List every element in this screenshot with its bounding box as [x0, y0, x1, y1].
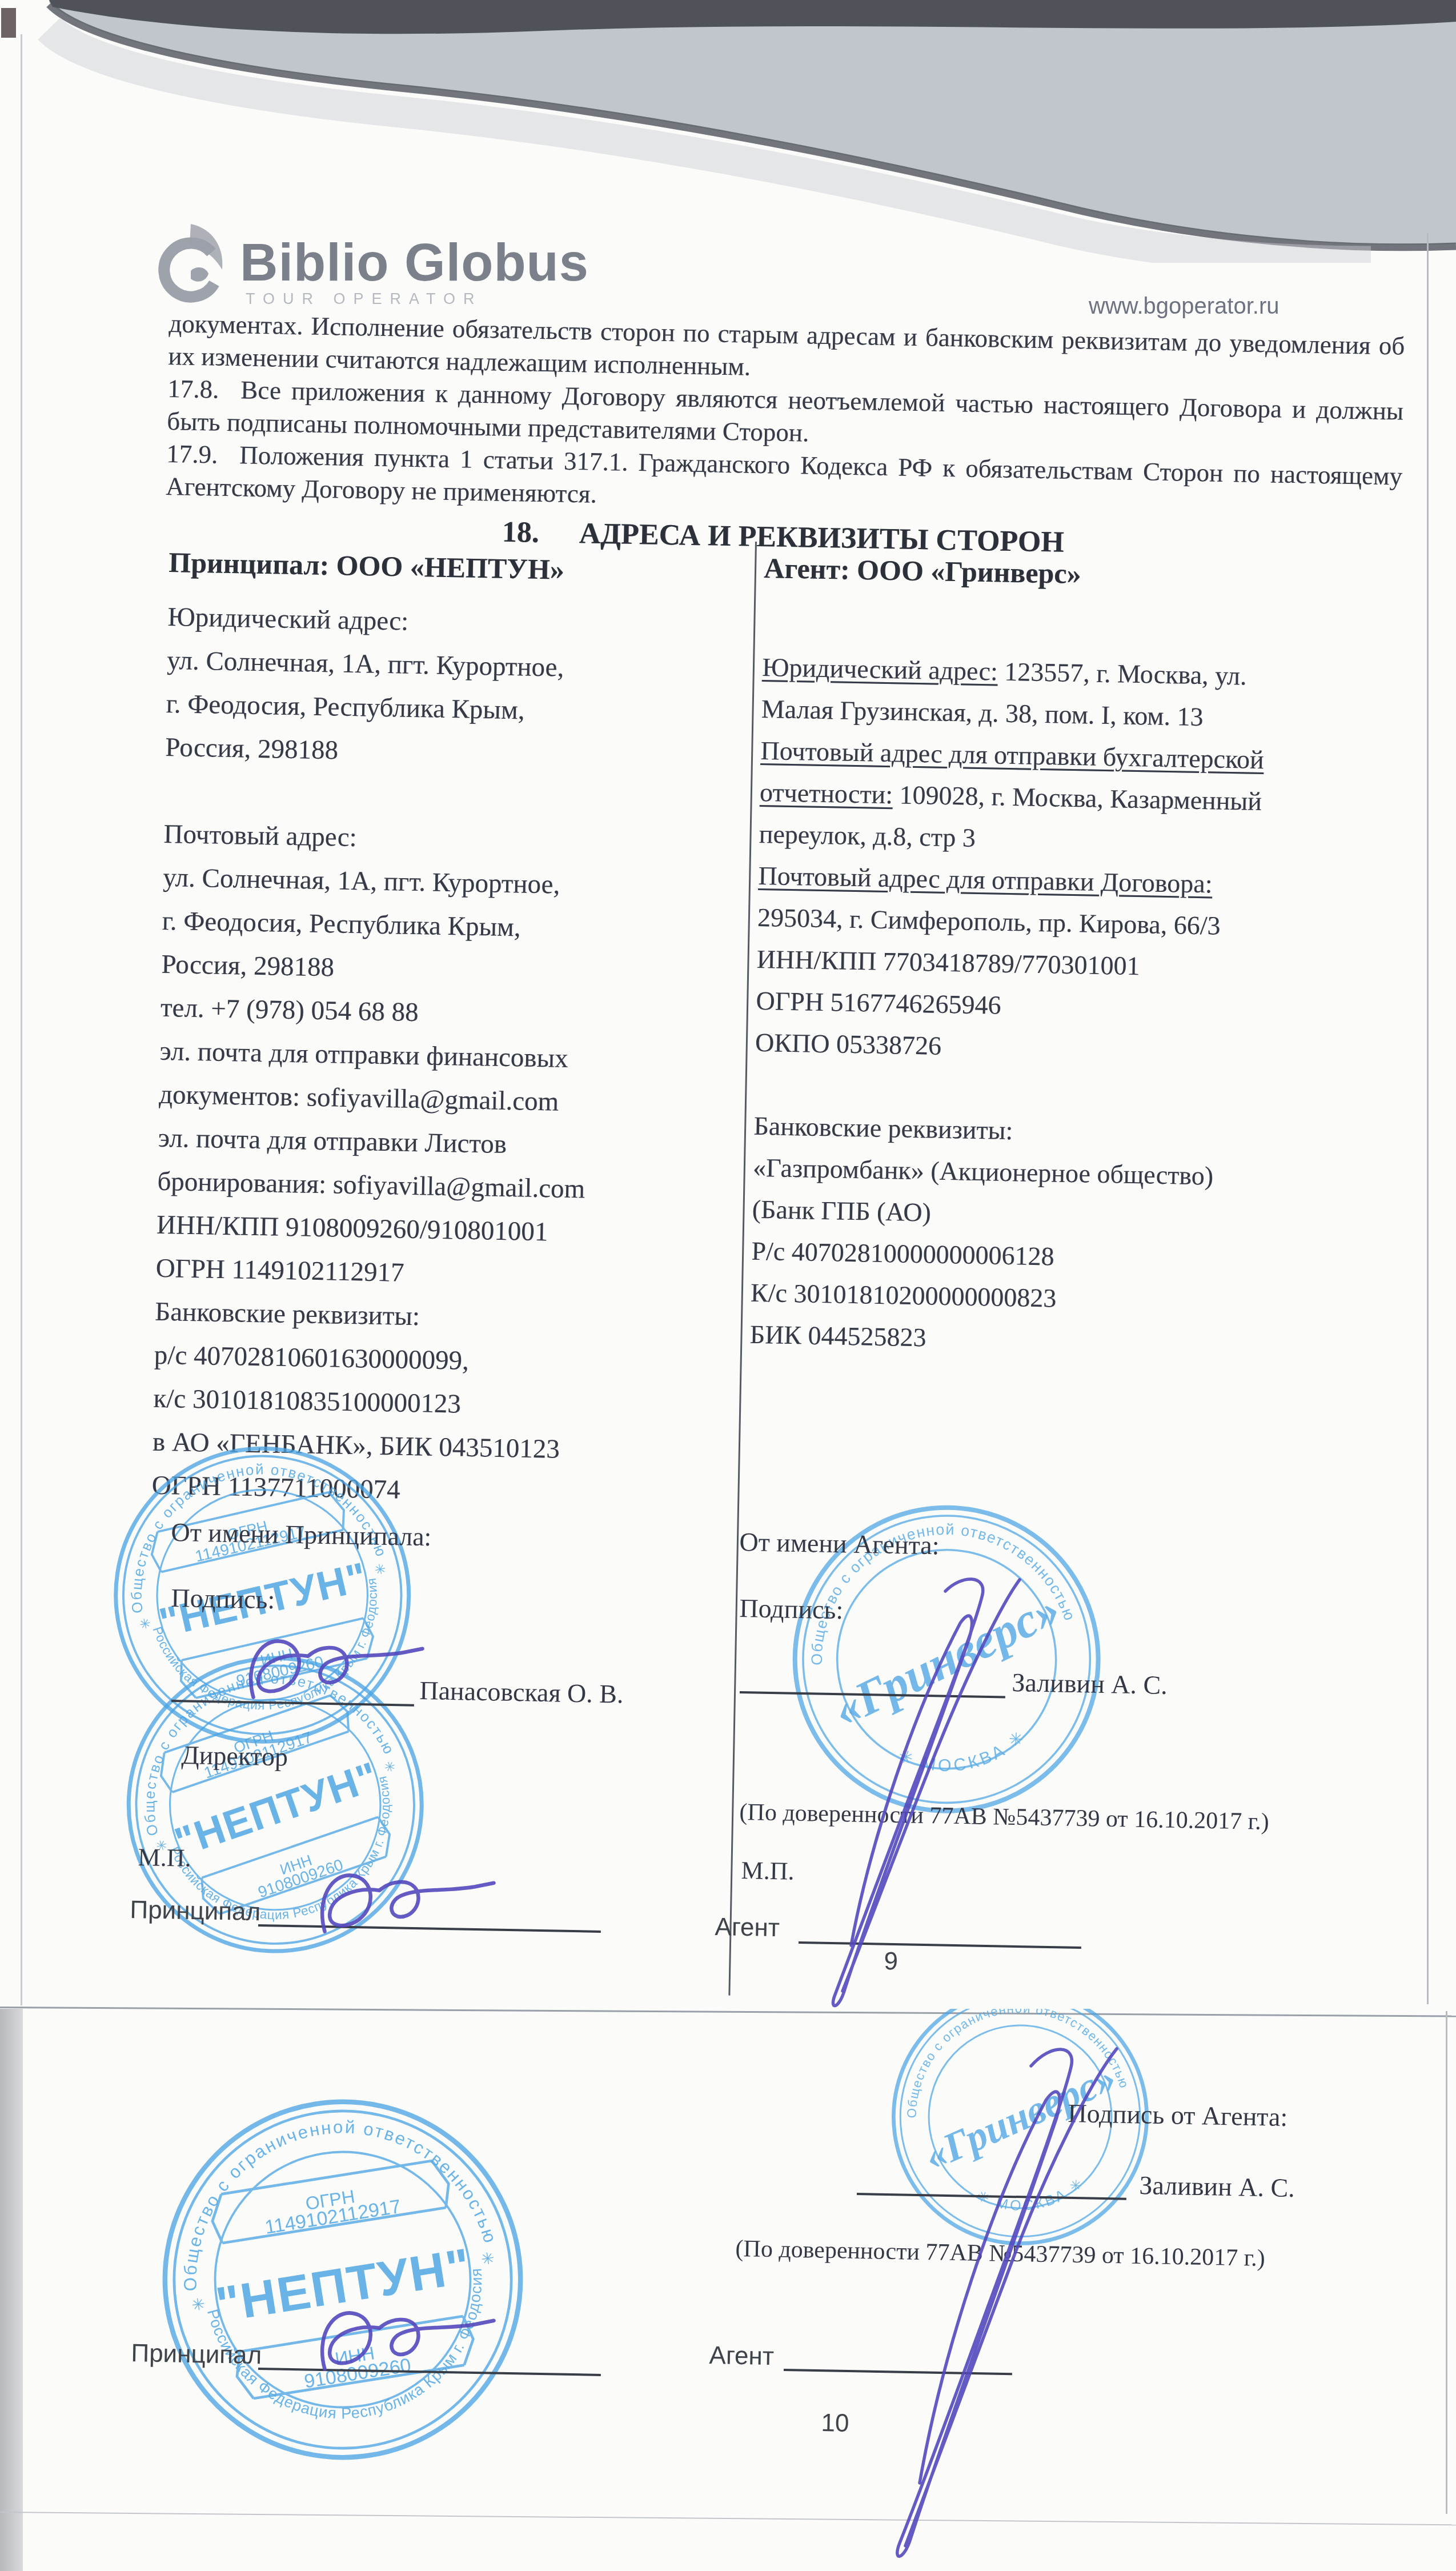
principal-role: Директор	[181, 1740, 288, 1772]
agent-postal-acc-label-2: отчетности:	[760, 778, 893, 809]
agent-name-page10: Заливин А. С.	[1139, 2170, 1295, 2203]
agent-postal-acc-rest: 109028, г. Москва, Казарменный	[892, 780, 1262, 816]
principal-line-label-page10: Принципал	[131, 2339, 262, 2370]
agent-legal-address-label: Юридический адрес:	[762, 652, 998, 686]
scanned-contract-page: { "header": { "logo_title": "Biblio Glob…	[0, 0, 1456, 2571]
agent-handwritten-signature-page10	[831, 2032, 1151, 2569]
principal-mp-label: М.П.	[138, 1843, 191, 1873]
agent-line-label: Агент	[715, 1913, 780, 1943]
clause-17-8-number: 17.8.	[167, 373, 241, 406]
principal-handwritten-signature-top	[240, 1623, 428, 1728]
logo-subtitle: TOUR OPERATOR	[246, 290, 483, 308]
page9-left-border	[21, 34, 22, 2005]
agent-details-column: Агент: ООО «Гринверс» Юридический адрес:…	[749, 547, 1415, 1367]
principal-line-label: Принципал	[130, 1896, 261, 1927]
biblio-globus-logo-icon	[158, 223, 230, 309]
neptune-stamp-page10: Общество с ограниченной ответственностью…	[127, 2064, 558, 2495]
stamp-star: ✳	[190, 2294, 206, 2314]
agent-handwritten-signature-page9	[774, 1568, 1048, 2014]
principal-handwritten-signature-bottom	[311, 1857, 500, 1963]
contract-clauses: документах. Исполнение обязательств стор…	[165, 307, 1405, 565]
clause-17-9-number: 17.9.	[166, 438, 240, 471]
stamp-star: ✳	[373, 1561, 387, 1578]
logo-title: Biblio Globus	[240, 233, 589, 293]
agent-legal-address-rest: 123557, г. Москва, ул.	[997, 657, 1247, 691]
stamp-star: ✳	[382, 1758, 398, 1776]
stamp-star: ✳	[480, 2248, 496, 2268]
principal-from-label: От имени Принципала:	[171, 1517, 432, 1552]
principal-signature-label: Подпись:	[171, 1583, 275, 1615]
page9-right-border	[1427, 233, 1429, 2004]
principal-name: Панасовская О. В.	[419, 1675, 624, 1709]
agent-line-label-page10: Агент	[709, 2341, 774, 2371]
agent-from-label: От имени Агента:	[739, 1527, 940, 1560]
principal-handwritten-signature-page10	[311, 2294, 500, 2400]
stamp-star: ✳	[138, 1615, 152, 1632]
section-18-number: 18.	[502, 516, 539, 549]
website-url: www.bgoperator.ru	[1089, 294, 1279, 319]
page-10: Общество с ограниченной ответственностью…	[0, 2009, 1456, 2571]
principal-details-column: Принципал: ООО «НЕПТУН» Юридический адре…	[151, 540, 740, 1517]
